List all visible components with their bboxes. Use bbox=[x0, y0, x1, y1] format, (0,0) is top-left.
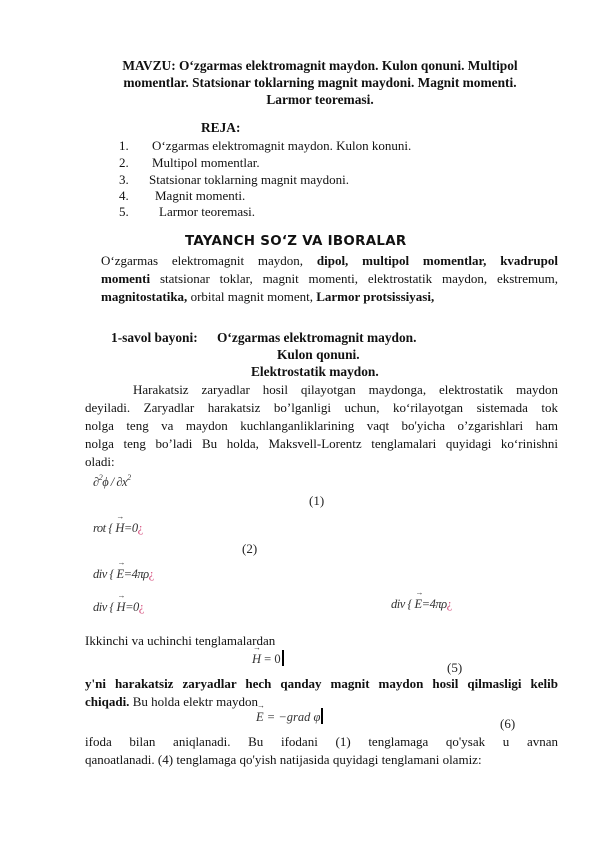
paragraph-line: ifoda bilan aniqlanadi. Bu ifodani (1) t… bbox=[85, 733, 558, 751]
reja-item-number: 2. bbox=[119, 154, 149, 171]
vector-symbol: H bbox=[117, 600, 126, 615]
keywords-line: O‘zgarmas elektromagnit maydon, dipol, m… bbox=[101, 252, 558, 270]
paragraph-line: qanoatlanadi. (4) tenglamaga qo'yish nat… bbox=[85, 751, 558, 769]
title-line: MAVZU: O‘zgarmas elektromagnit maydon. K… bbox=[90, 57, 550, 74]
body-paragraph: y'ni harakatsiz zaryadlar hech qanday ma… bbox=[85, 675, 558, 711]
paragraph-line: oladi: bbox=[85, 453, 558, 471]
reja-item: 1.O‘zgarmas elektromagnit maydon. Kulon … bbox=[119, 137, 411, 154]
equation-number: (1) bbox=[309, 493, 324, 509]
keywords-text: O‘zgarmas elektromagnit maydon, bbox=[101, 253, 317, 268]
keywords-line: magnitostatika, orbital magnit moment, L… bbox=[101, 288, 558, 306]
equation-4: div { H=0¿ bbox=[93, 600, 144, 615]
reja-item-text: Statsionar toklarning magnit maydoni. bbox=[149, 172, 349, 187]
equation-3: div { E=4πρ¿ bbox=[93, 567, 154, 582]
eq-text: =0 bbox=[124, 521, 138, 535]
equation-2: rot { H=0¿ bbox=[93, 521, 143, 536]
reja-item-text: Larmor teoremasi. bbox=[149, 204, 255, 219]
reja-item: 3.Statsionar toklarning magnit maydoni. bbox=[119, 171, 349, 188]
vector-symbol: E bbox=[117, 567, 124, 582]
reja-item-text: Multipol momentlar. bbox=[149, 155, 260, 170]
keywords-paragraph: O‘zgarmas elektromagnit maydon, dipol, m… bbox=[101, 252, 558, 306]
title-line: Larmor teoremasi. bbox=[90, 91, 550, 108]
paragraph-line: nolga teng va maydon kuchlanganliklarini… bbox=[85, 417, 558, 435]
eq-glyph: ¿ bbox=[138, 521, 143, 535]
keywords-bold: momenti bbox=[101, 271, 150, 286]
keywords-bold: Larmor protsissiyasi, bbox=[316, 289, 434, 304]
section-title: O‘zgarmas elektromagnit maydon. bbox=[217, 330, 416, 346]
eq-text: div { bbox=[93, 600, 114, 614]
reja-item-number: 3. bbox=[119, 171, 149, 188]
equation-number: (5) bbox=[447, 660, 462, 676]
reja-item-number: 5. bbox=[119, 203, 149, 220]
section-subtitle: Kulon qonuni. bbox=[277, 347, 360, 363]
keywords-text: orbital magnit moment, bbox=[187, 289, 316, 304]
body-paragraph: Harakatsiz zaryadlar hosil qilayotgan ma… bbox=[85, 381, 558, 471]
paragraph-line: nolga teng bo’ladi Bu holda, Maksvell-Lo… bbox=[85, 435, 558, 453]
equation-5: H = 0 bbox=[252, 650, 284, 667]
paragraph-line: deyiladi. Zaryadlar harakatsiz bo’lganli… bbox=[85, 399, 558, 417]
reja-item: 2.Multipol momentlar. bbox=[119, 154, 260, 171]
equation-6: E = −grad φ bbox=[256, 708, 323, 725]
keywords-line: momenti statsionar toklar, magnit moment… bbox=[101, 270, 558, 288]
eq-text: =4πρ bbox=[422, 597, 447, 611]
section-label: 1-savol bayoni: bbox=[111, 330, 198, 346]
equation-number: (2) bbox=[242, 541, 257, 557]
reja-item-number: 1. bbox=[119, 137, 149, 154]
vector-symbol: H bbox=[115, 521, 124, 536]
reja-item: 5.Larmor teoremasi. bbox=[119, 203, 255, 220]
equation-4b: div { E=4πρ¿ bbox=[391, 597, 452, 612]
vector-symbol: E bbox=[256, 710, 264, 725]
section-subtitle: Elektrostatik maydon. bbox=[251, 364, 379, 380]
eq-glyph: ¿ bbox=[447, 597, 452, 611]
eq-text: div { bbox=[93, 567, 114, 581]
paragraph-line: Harakatsiz zaryadlar hosil qilayotgan ma… bbox=[85, 381, 558, 399]
keywords-bold: magnitostatika, bbox=[101, 289, 187, 304]
eq-text: = 0 bbox=[261, 652, 281, 666]
keywords-bold: dipol, multipol momentlar, kvadrupol bbox=[317, 253, 558, 268]
eq-text: =0 bbox=[125, 600, 139, 614]
reja-item-number: 4. bbox=[119, 187, 149, 204]
eq-text: = −grad φ bbox=[264, 710, 321, 724]
keywords-text: statsionar toklar, magnit momenti, elekt… bbox=[150, 271, 558, 286]
document-title: MAVZU: O‘zgarmas elektromagnit maydon. K… bbox=[90, 57, 550, 108]
equation-number: (6) bbox=[500, 716, 515, 732]
eq-text: div { bbox=[391, 597, 412, 611]
reja-item: 4.Magnit momenti. bbox=[119, 187, 245, 204]
body-paragraph: ifoda bilan aniqlanadi. Bu ifodani (1) t… bbox=[85, 733, 558, 769]
body-text: Ikkinchi va uchinchi tenglamalardan bbox=[85, 633, 275, 649]
paragraph-line: y'ni harakatsiz zaryadlar hech qanday ma… bbox=[85, 675, 558, 693]
eq-text: =4πρ bbox=[124, 567, 149, 581]
bold-text: chiqadi. bbox=[85, 694, 129, 709]
vector-symbol: E bbox=[415, 597, 422, 612]
reja-item-text: O‘zgarmas elektromagnit maydon. Kulon ko… bbox=[149, 138, 411, 153]
vector-symbol: H bbox=[252, 652, 261, 667]
title-line: momentlar. Statsionar toklarning magnit … bbox=[90, 74, 550, 91]
eq-glyph: ¿ bbox=[139, 600, 144, 614]
cursor-bar bbox=[321, 708, 323, 724]
eq-text: rot { bbox=[93, 521, 113, 535]
keywords-heading: TAYANCH SO‘Z VA IBORALAR bbox=[185, 234, 406, 249]
reja-heading: REJA: bbox=[201, 120, 240, 136]
body-text: Bu holda elektr maydon bbox=[129, 694, 258, 709]
cursor-bar bbox=[282, 650, 284, 666]
equation-1: ∂2ϕ / ∂x2 bbox=[93, 473, 131, 490]
reja-item-text: Magnit momenti. bbox=[149, 188, 245, 203]
eq-glyph: ¿ bbox=[149, 567, 154, 581]
